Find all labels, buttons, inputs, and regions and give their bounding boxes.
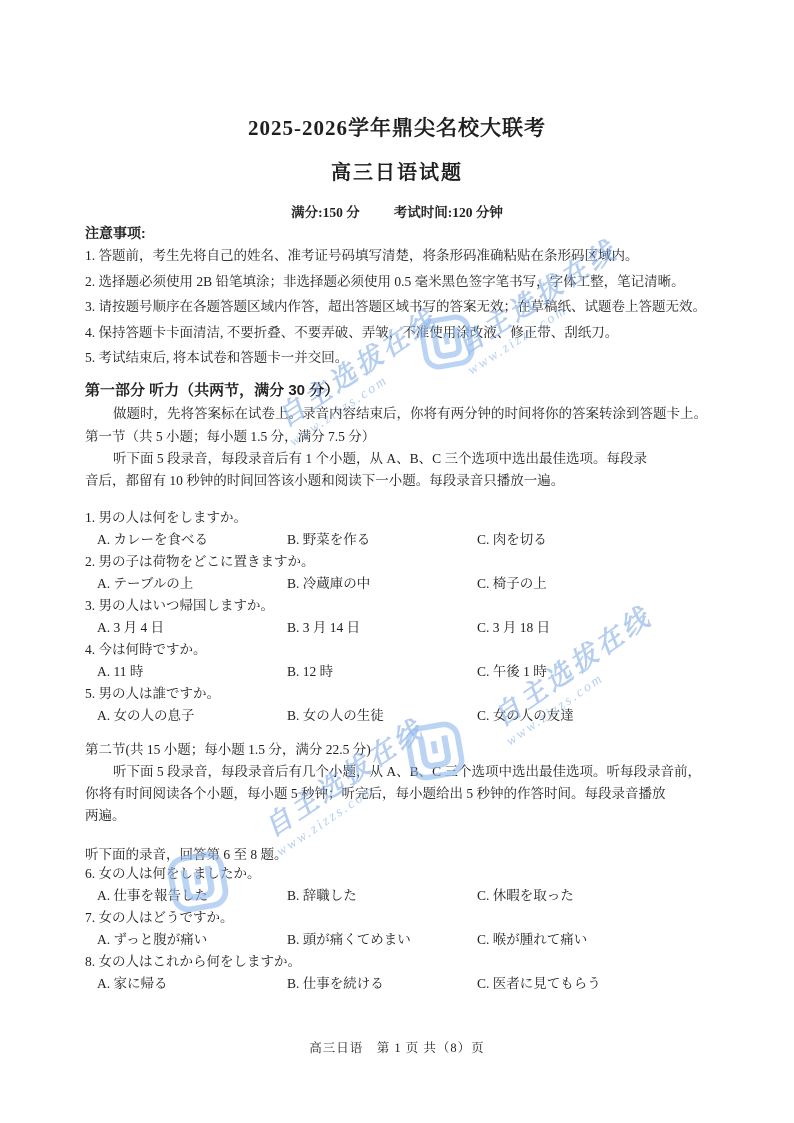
option-b: B. 頭が痛くてめまい (287, 929, 477, 951)
option-b: B. 冷蔵庫の中 (287, 573, 477, 595)
exam-subject-title: 高三日语试题 (0, 156, 794, 185)
option-c: C. 3 月 18 日 (477, 617, 739, 639)
question-options: A. 女の人の息子 B. 女の人の生徒 C. 女の人の友達 (97, 705, 739, 727)
question-stem: 5. 男の人は誰ですか。 (85, 683, 739, 705)
option-c: C. 肉を切る (477, 529, 739, 551)
option-a: A. 家に帰る (97, 973, 287, 995)
full-score-label: 满分:150 分 (291, 201, 360, 221)
question-stem: 4. 今は何時ですか。 (85, 639, 739, 661)
duration-label: 考试时间:120 分钟 (394, 201, 503, 221)
question-options: A. 11 時 B. 12 時 C. 午後 1 時 (97, 661, 739, 683)
question-options: A. 3 月 4 日 B. 3 月 14 日 C. 3 月 18 日 (97, 617, 739, 639)
notice-item: 1. 答题前，考生先将自己的姓名、准考证号码填写清楚，将条形码准确粘贴在条形码区… (85, 243, 734, 269)
option-a: A. テーブルの上 (97, 573, 287, 595)
exam-title: 2025-2026学年鼎尖名校大联考 (0, 112, 794, 142)
question-options: A. カレーを食べる B. 野菜を作る C. 肉を切る (97, 529, 739, 551)
question-stem: 8. 女の人はこれから何をしますか。 (85, 951, 739, 973)
notice-list: 1. 答题前，考生先将自己的姓名、准考证号码填写清楚，将条形码准确粘贴在条形码区… (85, 243, 734, 371)
option-a: A. 3 月 4 日 (97, 617, 287, 639)
notice-item: 5. 考试结束后, 将本试卷和答题卡一并交回。 (85, 345, 734, 371)
question-options: A. テーブルの上 B. 冷蔵庫の中 C. 椅子の上 (97, 573, 739, 595)
section2-desc-line: 两遍。 (85, 805, 736, 827)
section1-desc-line: 听下面 5 段录音，每段录音后有 1 个小题，从 A、B、C 三个选项中选出最佳… (85, 448, 736, 470)
question-stem: 1. 男の人は何をしますか。 (85, 507, 739, 529)
question-stem: 2. 男の子は荷物をどこに置きますか。 (85, 551, 739, 573)
option-c: C. 女の人の友達 (477, 705, 739, 727)
option-c: C. 医者に見てもらう (477, 973, 739, 995)
option-c: C. 休暇を取った (477, 885, 739, 907)
notice-heading: 注意事项: (85, 223, 146, 243)
option-b: B. 辞職した (287, 885, 477, 907)
option-b: B. 女の人の生徒 (287, 705, 477, 727)
section1-questions: 1. 男の人は何をしますか。 A. カレーを食べる B. 野菜を作る C. 肉を… (85, 507, 739, 727)
option-b: B. 仕事を続ける (287, 973, 477, 995)
option-b: B. 野菜を作る (287, 529, 477, 551)
section2-desc-line: 听下面 5 段录音，每段录音后有几个小题，从 A、B、C 三个选项中选出最佳选项… (85, 761, 736, 783)
option-a: A. 女の人の息子 (97, 705, 287, 727)
option-a: A. 11 時 (97, 661, 287, 683)
question-options: A. ずっと腹が痛い B. 頭が痛くてめまい C. 喉が腫れて痛い (97, 929, 739, 951)
section1-heading: 第一节（共 5 小题；每小题 1.5 分，满分 7.5 分） (85, 426, 736, 448)
exam-paper-page: 自主选拔在线 www.zizzs.com 自主选拔在线 www.zizzs.co… (0, 0, 794, 1123)
option-a: A. 仕事を報告した (97, 885, 287, 907)
option-c: C. 椅子の上 (477, 573, 739, 595)
option-b: B. 12 時 (287, 661, 477, 683)
section1-desc-line: 音后，都留有 10 秒钟的时间回答该小题和阅读下一小题。每段录音只播放一遍。 (85, 470, 736, 492)
question-stem: 7. 女の人はどうですか。 (85, 907, 739, 929)
part1-intro: 做题时，先将答案标在试卷上。录音内容结束后，你将有两分钟的时间将你的答案转涂到答… (85, 403, 736, 425)
question-options: A. 家に帰る B. 仕事を続ける C. 医者に見てもらう (97, 973, 739, 995)
page-footer: 高三日语 第 1 页 共（8）页 (0, 1038, 794, 1056)
notice-item: 4. 保持答题卡卡面清洁, 不要折叠、不要弄破、弄皱，不准使用涂改液、修正带、刮… (85, 320, 734, 346)
part1-heading: 第一部分 听力（共两节，满分 30 分） (85, 379, 339, 400)
section2-questions: 6. 女の人は何をしましたか。 A. 仕事を報告した B. 辞職した C. 休暇… (85, 863, 739, 995)
notice-item: 3. 请按题号顺序在各题答题区域内作答，超出答题区域书写的答案无效；在草稿纸、试… (85, 294, 734, 320)
option-b: B. 3 月 14 日 (287, 617, 477, 639)
notice-item: 2. 选择题必须使用 2B 铅笔填涂；非选择题必须使用 0.5 毫米黑色签字笔书… (85, 269, 734, 295)
exam-meta: 满分:150 分 考试时间:120 分钟 (0, 201, 794, 221)
question-options: A. 仕事を報告した B. 辞職した C. 休暇を取った (97, 885, 739, 907)
question-stem: 3. 男の人はいつ帰国しますか。 (85, 595, 739, 617)
question-stem: 6. 女の人は何をしましたか。 (85, 863, 739, 885)
option-a: A. ずっと腹が痛い (97, 929, 287, 951)
section2-desc-line: 你将有时间阅读各个小题，每小题 5 秒钟；听完后，每小题给出 5 秒钟的作答时间… (85, 783, 736, 805)
section2-heading: 第二节(共 15 小题；每小题 1.5 分，满分 22.5 分) (85, 739, 736, 761)
option-c: C. 午後 1 時 (477, 661, 739, 683)
option-a: A. カレーを食べる (97, 529, 287, 551)
option-c: C. 喉が腫れて痛い (477, 929, 739, 951)
